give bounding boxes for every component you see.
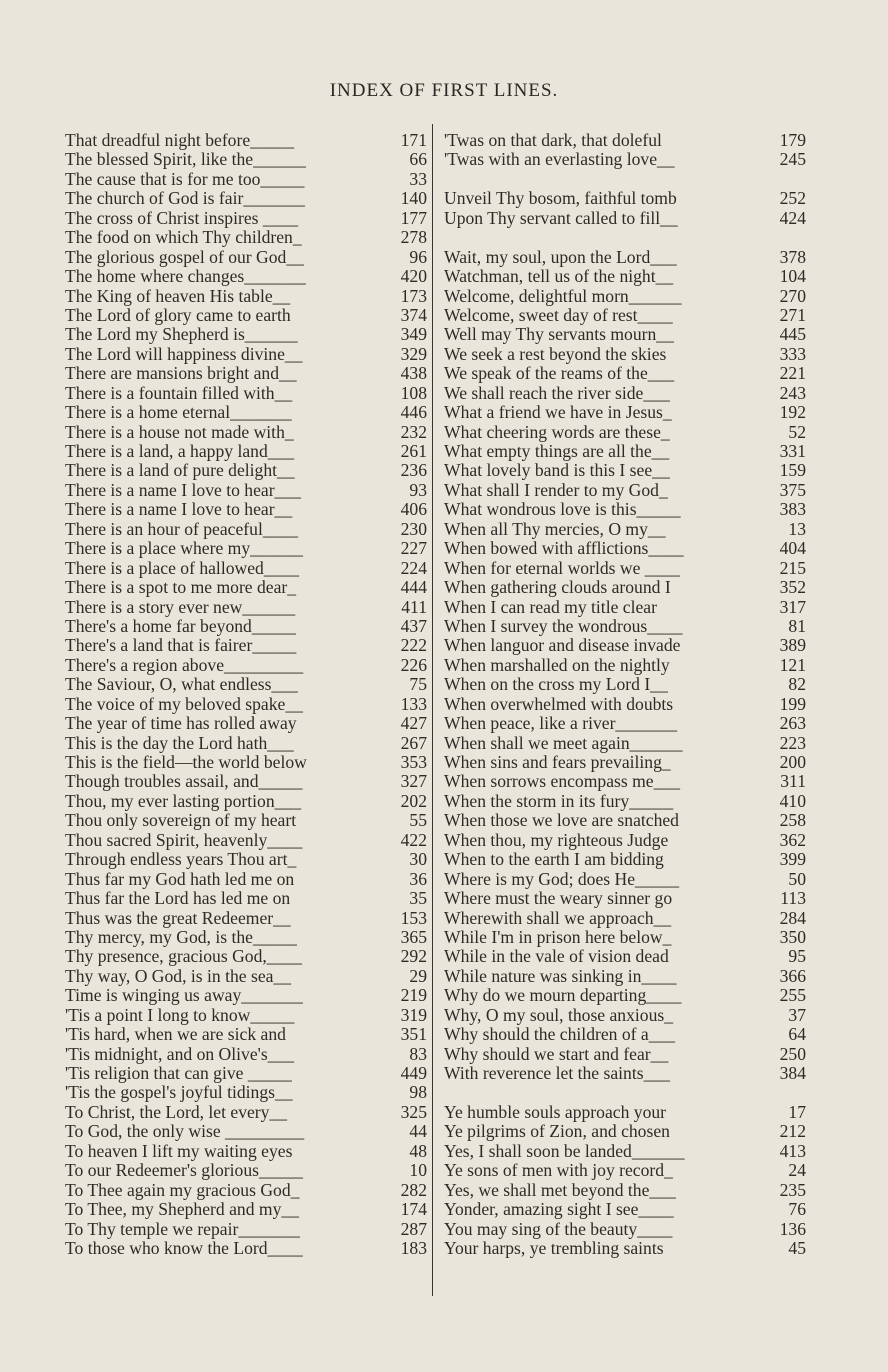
index-entry: Thus was the great Redeemer__153 (65, 909, 427, 928)
first-line-text: Though troubles assail, and_____ (65, 772, 397, 791)
hymn-number: 420 (397, 267, 427, 286)
first-line-text: To those who know the Lord____ (65, 1239, 397, 1258)
first-line-text: The voice of my beloved spake__ (65, 695, 397, 714)
first-line-text: When sorrows encompass me___ (444, 772, 776, 791)
first-line-text: 'Tis the gospel's joyful tidings__ (65, 1083, 405, 1102)
index-entry: The blessed Spirit, like the______66 (65, 150, 427, 169)
hymn-number: 48 (405, 1142, 427, 1161)
hymn-number: 108 (397, 384, 427, 403)
first-line-text: When overwhelmed with doubts (444, 695, 776, 714)
index-entry: 'Twas with an everlasting love__245 (444, 150, 806, 169)
hymn-number: 329 (397, 345, 427, 364)
hymn-number: 226 (397, 656, 427, 675)
first-line-text: The food on which Thy children_ (65, 228, 397, 247)
hymn-number: 30 (405, 850, 427, 869)
index-entry: While nature was sinking in____366 (444, 967, 806, 986)
index-entry: Wait, my soul, upon the Lord___378 (444, 248, 806, 267)
index-entry: Welcome, sweet day of rest____271 (444, 306, 806, 325)
hymn-number: 192 (776, 403, 806, 422)
hymn-number: 173 (397, 287, 427, 306)
index-entry: To God, the only wise _________44 (65, 1122, 427, 1141)
first-line-text: When on the cross my Lord I__ (444, 675, 784, 694)
first-line-text: The Saviour, O, what endless___ (65, 675, 405, 694)
hymn-number: 282 (397, 1181, 427, 1200)
hymn-number: 171 (397, 131, 427, 150)
index-entry: What wondrous love is this_____383 (444, 500, 806, 519)
hymn-number: 406 (397, 500, 427, 519)
first-line-text: There is a story ever new______ (65, 598, 397, 617)
first-line-text: When those we love are snatched (444, 811, 776, 830)
index-entry: Yes, I shall soon be landed______413 (444, 1142, 806, 1161)
index-entry: The voice of my beloved spake__133 (65, 695, 427, 714)
hymn-number: 93 (405, 481, 427, 500)
index-entry: Where is my God; does He_____50 (444, 870, 806, 889)
first-line-text: Well may Thy servants mourn__ (444, 325, 776, 344)
hymn-number: 235 (776, 1181, 806, 1200)
hymn-number: 383 (776, 500, 806, 519)
index-entry: You may sing of the beauty____136 (444, 1220, 806, 1239)
index-entry: When bowed with afflictions____404 (444, 539, 806, 558)
index-entry: Well may Thy servants mourn__445 (444, 325, 806, 344)
index-entry: When shall we meet again______223 (444, 734, 806, 753)
index-entry: There is a house not made with_232 (65, 423, 427, 442)
first-line-text: Where must the weary sinner go (444, 889, 776, 908)
hymn-number: 327 (397, 772, 427, 791)
index-entry: To Thy temple we repair_______287 (65, 1220, 427, 1239)
first-line-text: There is a land of pure delight__ (65, 461, 397, 480)
index-entry: 'Twas on that dark, that doleful179 (444, 131, 806, 150)
index-entry: When those we love are snatched258 (444, 811, 806, 830)
index-entry: This is the field—the world below353 (65, 753, 427, 772)
index-entry: While I'm in prison here below_350 (444, 928, 806, 947)
hymn-number: 245 (776, 150, 806, 169)
hymn-number: 384 (776, 1064, 806, 1083)
hymn-number: 449 (397, 1064, 427, 1083)
hymn-number: 230 (397, 520, 427, 539)
first-line-text: Unveil Thy bosom, faithful tomb (444, 189, 776, 208)
index-entry: There's a home far beyond_____437 (65, 617, 427, 636)
first-line-text: The church of God is fair_______ (65, 189, 397, 208)
first-line-text: When thou, my righteous Judge (444, 831, 776, 850)
index-entry: To Thee, my Shepherd and my__174 (65, 1200, 427, 1219)
hymn-number: 389 (776, 636, 806, 655)
first-line-text: Thy way, O God, is in the sea__ (65, 967, 405, 986)
hymn-number: 104 (776, 267, 806, 286)
first-line-text: Ye humble souls approach your (444, 1103, 784, 1122)
hymn-number: 365 (397, 928, 427, 947)
first-line-text: Through endless years Thou art_ (65, 850, 405, 869)
hymn-number: 44 (405, 1122, 427, 1141)
first-line-text: While nature was sinking in____ (444, 967, 776, 986)
index-entry: When sins and fears prevailing_200 (444, 753, 806, 772)
first-line-text: Yes, we shall met beyond the___ (444, 1181, 776, 1200)
index-entry: When all Thy mercies, O my__13 (444, 520, 806, 539)
index-entry: The glorious gospel of our God__96 (65, 248, 427, 267)
hymn-number: 374 (397, 306, 427, 325)
index-entry: The year of time has rolled away427 (65, 714, 427, 733)
index-entry: We seek a rest beyond the skies333 (444, 345, 806, 364)
first-line-text: When gathering clouds around I (444, 578, 776, 597)
first-line-text: When the storm in its fury_____ (444, 792, 776, 811)
right-index-column: 'Twas on that dark, that doleful179'Twas… (444, 131, 806, 1258)
index-entry: There is an hour of peaceful____230 (65, 520, 427, 539)
first-line-text: With reverence let the saints___ (444, 1064, 776, 1083)
first-line-text: To Thee again my gracious God_ (65, 1181, 397, 1200)
index-entry: While in the vale of vision dead95 (444, 947, 806, 966)
hymn-number: 422 (397, 831, 427, 850)
first-line-text: When sins and fears prevailing_ (444, 753, 776, 772)
first-line-text: Your harps, ye trembling saints (444, 1239, 784, 1258)
index-entry: There is a home eternal_______446 (65, 403, 427, 422)
hymn-number: 317 (776, 598, 806, 617)
first-line-text: Welcome, delightful morn______ (444, 287, 776, 306)
first-line-text: 'Tis religion that can give _____ (65, 1064, 397, 1083)
hymn-number: 250 (776, 1045, 806, 1064)
index-entry: There is a name I love to hear___93 (65, 481, 427, 500)
first-line-text: Thou sacred Spirit, heavenly____ (65, 831, 397, 850)
hymn-number: 140 (397, 189, 427, 208)
first-line-text: There's a home far beyond_____ (65, 617, 397, 636)
first-line-text: This is the day the Lord hath___ (65, 734, 397, 753)
first-line-text: The glorious gospel of our God__ (65, 248, 405, 267)
first-line-text: Wherewith shall we approach__ (444, 909, 776, 928)
hymn-number: 278 (397, 228, 427, 247)
hymn-number: 331 (776, 442, 806, 461)
index-entry: There is a land of pure delight__236 (65, 461, 427, 480)
first-line-text: 'Tis hard, when we are sick and (65, 1025, 397, 1044)
first-line-text: What empty things are all the__ (444, 442, 776, 461)
first-line-text: Yes, I shall soon be landed______ (444, 1142, 776, 1161)
hymn-number: 202 (397, 792, 427, 811)
index-entry: We speak of the reams of the___221 (444, 364, 806, 383)
index-entry: There is a name I love to hear__406 (65, 500, 427, 519)
index-entry: 'Tis midnight, and on Olive's___83 (65, 1045, 427, 1064)
index-entry: Though troubles assail, and_____327 (65, 772, 427, 791)
first-line-text: To Thee, my Shepherd and my__ (65, 1200, 397, 1219)
hymn-number: 50 (784, 870, 806, 889)
index-entry: The Lord of glory came to earth374 (65, 306, 427, 325)
hymn-number: 98 (405, 1083, 427, 1102)
first-line-text: 'Twas with an everlasting love__ (444, 150, 776, 169)
index-entry: The cross of Christ inspires ____177 (65, 209, 427, 228)
hymn-number: 212 (776, 1122, 806, 1141)
hymn-number: 413 (776, 1142, 806, 1161)
index-entry: When overwhelmed with doubts199 (444, 695, 806, 714)
first-line-text: The blessed Spirit, like the______ (65, 150, 405, 169)
hymn-number: 36 (405, 870, 427, 889)
index-entry: We shall reach the river side___243 (444, 384, 806, 403)
first-line-text: When peace, like a river_______ (444, 714, 776, 733)
index-entry: The Lord my Shepherd is______349 (65, 325, 427, 344)
first-line-text: Yonder, amazing sight I see____ (444, 1200, 784, 1219)
left-index-column: That dreadful night before_____171The bl… (65, 131, 427, 1258)
index-entry: When marshalled on the nightly121 (444, 656, 806, 675)
hymn-number: 215 (776, 559, 806, 578)
index-entry: What lovely band is this I see__159 (444, 461, 806, 480)
index-entry: What empty things are all the__331 (444, 442, 806, 461)
first-line-text: Thou, my ever lasting portion___ (65, 792, 397, 811)
first-line-text: While in the vale of vision dead (444, 947, 784, 966)
first-line-text: There is a home eternal_______ (65, 403, 397, 422)
first-line-text: There's a land that is fairer_____ (65, 636, 397, 655)
first-line-text: When I survey the wondrous____ (444, 617, 784, 636)
index-entry: Thy presence, gracious God,____292 (65, 947, 427, 966)
hymn-number: 223 (776, 734, 806, 753)
hymn-number: 227 (397, 539, 427, 558)
first-line-text: Why should the children of a___ (444, 1025, 784, 1044)
index-entry: What cheering words are these_52 (444, 423, 806, 442)
hymn-number: 352 (776, 578, 806, 597)
index-entry: Unveil Thy bosom, faithful tomb252 (444, 189, 806, 208)
index-entry: To Christ, the Lord, let every__325 (65, 1103, 427, 1122)
first-line-text: What a friend we have in Jesus_ (444, 403, 776, 422)
index-entry: There is a land, a happy land___261 (65, 442, 427, 461)
hymn-number: 444 (397, 578, 427, 597)
hymn-number: 113 (776, 889, 806, 908)
index-entry: Through endless years Thou art_30 (65, 850, 427, 869)
first-line-text: When bowed with afflictions____ (444, 539, 776, 558)
index-entry: What a friend we have in Jesus_192 (444, 403, 806, 422)
first-line-text: 'Tis a point I long to know_____ (65, 1006, 397, 1025)
first-line-text: Thou only sovereign of my heart (65, 811, 405, 830)
index-entry: This is the day the Lord hath___267 (65, 734, 427, 753)
hymn-number: 121 (776, 656, 806, 675)
hymn-number: 378 (776, 248, 806, 267)
index-entry: Thou, my ever lasting portion___202 (65, 792, 427, 811)
index-entry: To our Redeemer's glorious_____10 (65, 1161, 427, 1180)
hymn-number: 287 (397, 1220, 427, 1239)
hymn-number: 177 (397, 209, 427, 228)
index-entry: 'Tis a point I long to know_____319 (65, 1006, 427, 1025)
index-entry: Your harps, ye trembling saints45 (444, 1239, 806, 1258)
first-line-text: Thus was the great Redeemer__ (65, 909, 397, 928)
index-entry: Yes, we shall met beyond the___235 (444, 1181, 806, 1200)
hymn-number: 35 (405, 889, 427, 908)
hymn-number: 183 (397, 1239, 427, 1258)
index-entry: There is a place of hallowed____224 (65, 559, 427, 578)
index-entry: There's a region above_________226 (65, 656, 427, 675)
first-line-text: There is a spot to me more dear_ (65, 578, 397, 597)
hymn-number: 437 (397, 617, 427, 636)
index-entry: There is a fountain filled with__108 (65, 384, 427, 403)
first-line-text: The Lord of glory came to earth (65, 306, 397, 325)
hymn-number: 325 (397, 1103, 427, 1122)
index-entry: Thus far my God hath led me on36 (65, 870, 427, 889)
index-entry: Why should we start and fear__250 (444, 1045, 806, 1064)
hymn-number: 133 (397, 695, 427, 714)
hymn-number: 362 (776, 831, 806, 850)
first-line-text: There are mansions bright and__ (65, 364, 397, 383)
first-line-text: The King of heaven His table__ (65, 287, 397, 306)
first-line-text: The home where changes_______ (65, 267, 397, 286)
first-line-text: There is a place where my______ (65, 539, 397, 558)
index-entry: There's a land that is fairer_____222 (65, 636, 427, 655)
index-entry: To Thee again my gracious God_282 (65, 1181, 427, 1200)
first-line-text: Thus far my God hath led me on (65, 870, 405, 889)
first-line-text: When for eternal worlds we ____ (444, 559, 776, 578)
hymn-number: 29 (405, 967, 427, 986)
index-entry: Ye sons of men with joy record_24 (444, 1161, 806, 1180)
first-line-text: Watchman, tell us of the night__ (444, 267, 776, 286)
hymn-number: 261 (397, 442, 427, 461)
hymn-number: 222 (397, 636, 427, 655)
hymn-number: 52 (784, 423, 806, 442)
hymn-number: 17 (784, 1103, 806, 1122)
hymn-number: 33 (405, 170, 427, 189)
index-entry: The food on which Thy children_278 (65, 228, 427, 247)
index-entry: Why do we mourn departing____255 (444, 986, 806, 1005)
index-entry: When peace, like a river_______263 (444, 714, 806, 733)
hymn-number: 267 (397, 734, 427, 753)
index-entry: The church of God is fair_______140 (65, 189, 427, 208)
hymn-number: 64 (784, 1025, 806, 1044)
hymn-number: 83 (405, 1045, 427, 1064)
index-entry: Ye humble souls approach your17 (444, 1103, 806, 1122)
hymn-number: 263 (776, 714, 806, 733)
hymn-number: 159 (776, 461, 806, 480)
index-entry: The cause that is for me too_____33 (65, 170, 427, 189)
first-line-text: When marshalled on the nightly (444, 656, 776, 675)
index-entry: The King of heaven His table__173 (65, 287, 427, 306)
hymn-number: 271 (776, 306, 806, 325)
hymn-number: 236 (397, 461, 427, 480)
index-entry: Why should the children of a___64 (444, 1025, 806, 1044)
first-line-text: Why, O my soul, those anxious_ (444, 1006, 784, 1025)
hymn-number: 153 (397, 909, 427, 928)
first-line-text: There is a place of hallowed____ (65, 559, 397, 578)
index-entry: Why, O my soul, those anxious_37 (444, 1006, 806, 1025)
first-line-text: We seek a rest beyond the skies (444, 345, 776, 364)
index-entry: When gathering clouds around I352 (444, 578, 806, 597)
hymn-number: 82 (784, 675, 806, 694)
hymn-number: 366 (776, 967, 806, 986)
first-line-text: When languor and disease invade (444, 636, 776, 655)
first-line-text: When shall we meet again______ (444, 734, 776, 753)
hymn-number: 45 (784, 1239, 806, 1258)
hymn-number: 270 (776, 287, 806, 306)
first-line-text: To our Redeemer's glorious_____ (65, 1161, 405, 1180)
first-line-text: When all Thy mercies, O my__ (444, 520, 784, 539)
column-divider (432, 124, 433, 1296)
hymn-number: 55 (405, 811, 427, 830)
hymn-number: 232 (397, 423, 427, 442)
hymn-number: 66 (405, 150, 427, 169)
first-line-text: We speak of the reams of the___ (444, 364, 776, 383)
first-line-text: Ye pilgrims of Zion, and chosen (444, 1122, 776, 1141)
hymn-number: 243 (776, 384, 806, 403)
first-line-text: The cause that is for me too_____ (65, 170, 405, 189)
first-line-text: The year of time has rolled away (65, 714, 397, 733)
first-line-text: 'Tis midnight, and on Olive's___ (65, 1045, 405, 1064)
hymn-number: 351 (397, 1025, 427, 1044)
index-entry: When on the cross my Lord I__82 (444, 675, 806, 694)
hymn-number: 200 (776, 753, 806, 772)
first-line-text: There is a fountain filled with__ (65, 384, 397, 403)
index-entry: There is a place where my______227 (65, 539, 427, 558)
index-entry: Thy way, O God, is in the sea__29 (65, 967, 427, 986)
first-line-text: There is a land, a happy land___ (65, 442, 397, 461)
section-gap (444, 228, 806, 247)
index-entry: What shall I render to my God_375 (444, 481, 806, 500)
first-line-text: There is a name I love to hear__ (65, 500, 397, 519)
first-line-text: Thy mercy, my God, is the_____ (65, 928, 397, 947)
index-entry: Thus far the Lord has led me on35 (65, 889, 427, 908)
first-line-text: The Lord my Shepherd is______ (65, 325, 397, 344)
first-line-text: 'Twas on that dark, that doleful (444, 131, 776, 150)
index-entry: There is a story ever new______411 (65, 598, 427, 617)
first-line-text: When I can read my title clear (444, 598, 776, 617)
index-entry: The Saviour, O, what endless___75 (65, 675, 427, 694)
index-entry: When I survey the wondrous____81 (444, 617, 806, 636)
hymn-number: 411 (397, 598, 427, 617)
hymn-number: 375 (776, 481, 806, 500)
first-line-text: What cheering words are these_ (444, 423, 784, 442)
hymn-number: 136 (776, 1220, 806, 1239)
first-line-text: You may sing of the beauty____ (444, 1220, 776, 1239)
first-line-text: Wait, my soul, upon the Lord___ (444, 248, 776, 267)
hymn-number: 292 (397, 947, 427, 966)
first-line-text: To Christ, the Lord, let every__ (65, 1103, 397, 1122)
index-entry: When languor and disease invade389 (444, 636, 806, 655)
first-line-text: To God, the only wise _________ (65, 1122, 405, 1141)
index-entry: There is a spot to me more dear_444 (65, 578, 427, 597)
first-line-text: There is an hour of peaceful____ (65, 520, 397, 539)
index-entry: Thou sacred Spirit, heavenly____422 (65, 831, 427, 850)
index-entry: Yonder, amazing sight I see____76 (444, 1200, 806, 1219)
hymn-number: 333 (776, 345, 806, 364)
hymn-number: 219 (397, 986, 427, 1005)
hymn-number: 179 (776, 131, 806, 150)
first-line-text: Why do we mourn departing____ (444, 986, 776, 1005)
first-line-text: To heaven I lift my waiting eyes (65, 1142, 405, 1161)
hymn-number: 81 (784, 617, 806, 636)
index-entry: 'Tis religion that can give _____449 (65, 1064, 427, 1083)
hymn-number: 319 (397, 1006, 427, 1025)
hymn-number: 404 (776, 539, 806, 558)
hymn-number: 445 (776, 325, 806, 344)
hymn-number: 349 (397, 325, 427, 344)
page-title: INDEX OF FIRST LINES. (0, 80, 888, 102)
first-line-text: Thus far the Lord has led me on (65, 889, 405, 908)
hymn-number: 438 (397, 364, 427, 383)
index-entry: The Lord will happiness divine__329 (65, 345, 427, 364)
index-entry: That dreadful night before_____171 (65, 131, 427, 150)
hymn-number: 350 (776, 928, 806, 947)
first-line-text: There is a house not made with_ (65, 423, 397, 442)
first-line-text: That dreadful night before_____ (65, 131, 397, 150)
hymn-number: 224 (397, 559, 427, 578)
hymn-number: 410 (776, 792, 806, 811)
index-entry: When for eternal worlds we ____215 (444, 559, 806, 578)
index-entry: Wherewith shall we approach__284 (444, 909, 806, 928)
index-entry: There are mansions bright and__438 (65, 364, 427, 383)
first-line-text: Why should we start and fear__ (444, 1045, 776, 1064)
first-line-text: While I'm in prison here below_ (444, 928, 776, 947)
hymn-number: 96 (405, 248, 427, 267)
index-entry: When I can read my title clear317 (444, 598, 806, 617)
index-entry: Welcome, delightful morn______270 (444, 287, 806, 306)
index-entry: The home where changes_______420 (65, 267, 427, 286)
first-line-text: There is a name I love to hear___ (65, 481, 405, 500)
first-line-text: What lovely band is this I see__ (444, 461, 776, 480)
index-entry: Upon Thy servant called to fill__424 (444, 209, 806, 228)
hymn-number: 446 (397, 403, 427, 422)
first-line-text: The cross of Christ inspires ____ (65, 209, 397, 228)
index-entry: Time is winging us away_______219 (65, 986, 427, 1005)
index-entry: When the storm in its fury_____410 (444, 792, 806, 811)
section-gap (444, 170, 806, 189)
hymn-number: 399 (776, 850, 806, 869)
